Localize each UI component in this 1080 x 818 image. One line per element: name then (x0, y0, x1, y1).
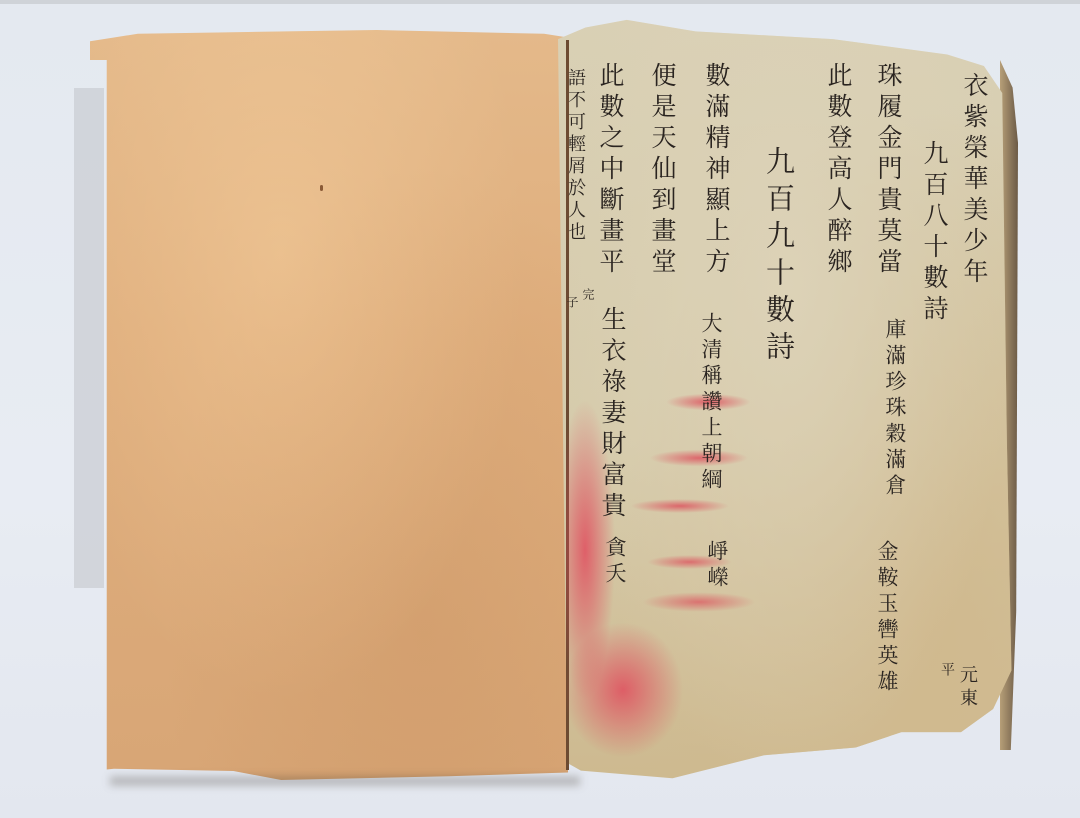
text-column-8a: 此數之中斷畫平 (598, 62, 623, 279)
text-column-6b: 大清稱讚上朝綱 (700, 312, 721, 494)
text-column-6a: 數滿精神顯上方 (704, 62, 729, 279)
book-shadow (110, 776, 580, 786)
text-column-4: 此數登高人醉鄉 (826, 62, 851, 279)
book-cover-shadow (74, 88, 104, 588)
text-column-6c: 崢嶸 (706, 540, 727, 592)
left-blank-page (90, 30, 568, 780)
text-column-3c: 金鞍玉轡英雄 (876, 540, 897, 696)
paper-speck (320, 185, 323, 191)
text-corner-ping: 平 (940, 662, 954, 678)
text-column-3b: 庫滿珍珠穀滿倉 (884, 318, 905, 500)
text-column-8b: 生衣祿妻財富貴 (600, 306, 625, 523)
text-column-9: 語不可輕屑於人也 (566, 68, 584, 244)
text-column-1: 衣紫榮華美少年 (962, 72, 987, 289)
text-corner-yuandong: 元東 (958, 665, 976, 711)
text-small-wan: 完 (582, 288, 594, 302)
text-column-8c: 貪夭 (604, 536, 625, 588)
text-small-zi: 子 (566, 296, 578, 310)
text-column-7: 便是天仙到畫堂 (650, 62, 675, 279)
text-column-2: 九百八十數詩 (922, 140, 947, 326)
text-column-5: 九百九十數詩 (764, 146, 793, 368)
photo-scene: 衣紫榮華美少年 九百八十數詩 珠履金門貴莫當 庫滿珍珠穀滿倉 金鞍玉轡英雄 此數… (0, 0, 1080, 818)
text-column-3a: 珠履金門貴莫當 (876, 62, 901, 279)
